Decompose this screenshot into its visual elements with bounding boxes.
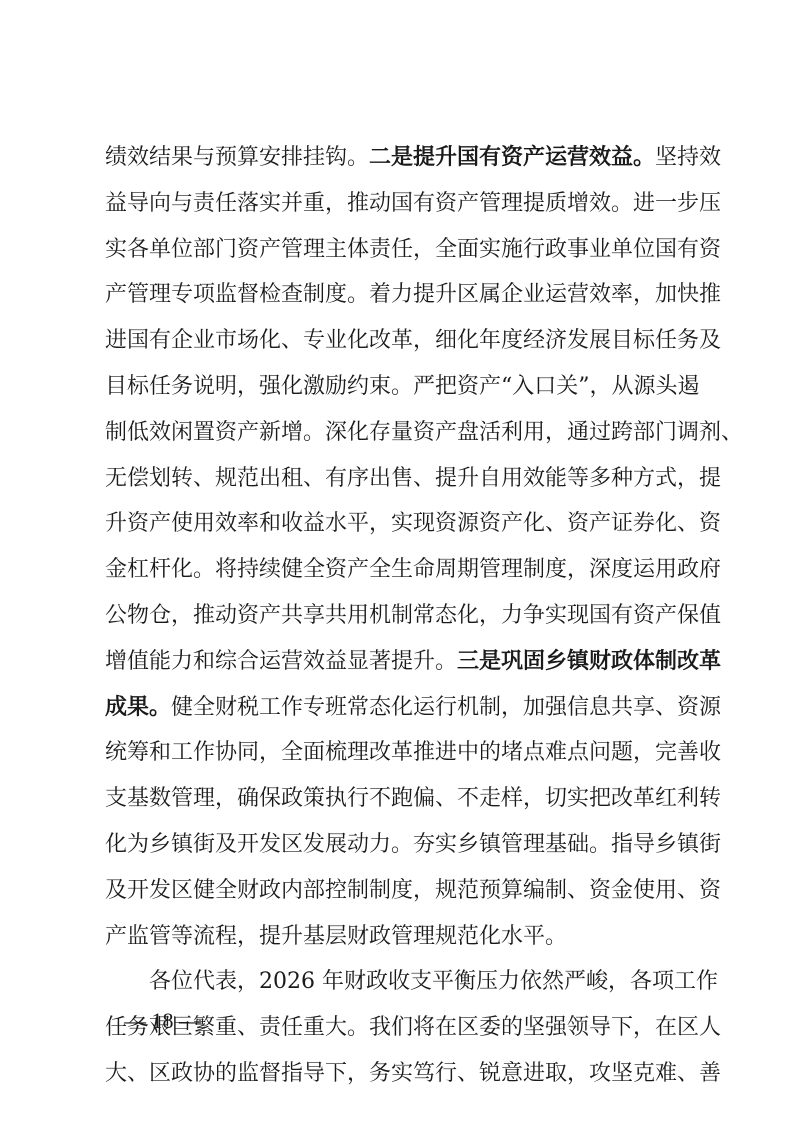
text-span: 公物仓，推动资产共享共用机制常态化，力争实现国有资产保值 xyxy=(105,603,721,628)
section-heading-3: 三是巩固乡镇财政体制改革 xyxy=(457,649,721,674)
text-span: 统筹和工作协同，全面梳理改革推进中的堵点难点问题，完善收 xyxy=(105,740,721,765)
text-span: 支基数管理，确保政策执行不跑偏、不走样，切实把改革红利转 xyxy=(105,786,721,811)
text-span: 实各单位部门资产管理主体责任，全面实施行政事业单位国有资 xyxy=(105,237,721,262)
text-span: 增值能力和综合运营效益显著提升。 xyxy=(105,649,457,674)
text-line: 产监管等流程，提升基层财政管理规范化水平。 xyxy=(105,914,695,960)
text-line: 统筹和工作协同，全面梳理改革推进中的堵点难点问题，完善收 xyxy=(105,730,695,776)
text-line: 实各单位部门资产管理主体责任，全面实施行政事业单位国有资 xyxy=(105,227,695,273)
text-span: 绩效结果与预算安排挂钩。 xyxy=(105,145,369,170)
text-span: 金杠杆化。将持续健全资产全生命周期管理制度，深度运用政府 xyxy=(105,557,721,582)
section-heading-2: 二是提升国有资产运营效益。 xyxy=(369,145,655,170)
text-line: 升资产使用效率和收益水平，实现资源资产化、资产证券化、资 xyxy=(105,501,695,547)
text-line: 金杠杆化。将持续健全资产全生命周期管理制度，深度运用政府 xyxy=(105,547,695,593)
text-line: 支基数管理，确保政策执行不跑偏、不走样，切实把改革红利转 xyxy=(105,776,695,822)
text-line: 化为乡镇街及开发区发展动力。夯实乡镇管理基础。指导乡镇街 xyxy=(105,822,695,868)
text-line: 大、区政协的监督指导下，务实笃行、锐意进取，攻坚克难、善 xyxy=(105,1051,695,1097)
text-span: 升资产使用效率和收益水平，实现资源资产化、资产证券化、资 xyxy=(105,511,721,536)
text-line: 产管理专项监督检查制度。着力提升区属企业运营效率，加快推 xyxy=(105,272,695,318)
text-span: 坚持效 xyxy=(655,145,721,170)
text-span: 制低效闲置资产新增。深化存量资产盘活利用，通过跨部门调剂、 xyxy=(105,420,743,445)
text-span: 产管理专项监督检查制度。着力提升区属企业运营效率，加快推 xyxy=(105,282,721,307)
text-span: 进国有企业市场化、专业化改革，细化年度经济发展目标任务及 xyxy=(105,328,721,353)
text-line: 无偿划转、规范出租、有序出售、提升自用效能等多种方式，提 xyxy=(105,456,695,502)
page-number: — 18 — xyxy=(124,1008,201,1034)
text-line: 益导向与责任落实并重，推动国有资产管理提质增效。进一步压 xyxy=(105,181,695,227)
text-span: 健全财税工作专班常态化运行机制，加强信息共享、资源 xyxy=(171,695,721,720)
text-line: 目标任务说明，强化激励约束。严把资产“入口关”，从源头遏 xyxy=(105,364,695,410)
paragraph-start-line: 各位代表，2026 年财政收支平衡压力依然严峻，各项工作 xyxy=(105,959,695,1005)
text-span: 无偿划转、规范出租、有序出售、提升自用效能等多种方式，提 xyxy=(105,466,721,491)
text-line: 增值能力和综合运营效益显著提升。三是巩固乡镇财政体制改革 xyxy=(105,639,695,685)
text-span: 化为乡镇街及开发区发展动力。夯实乡镇管理基础。指导乡镇街 xyxy=(105,832,721,857)
text-line: 公物仓，推动资产共享共用机制常态化，力争实现国有资产保值 xyxy=(105,593,695,639)
text-span: 及开发区健全财政内部控制制度，规范预算编制、资金使用、资 xyxy=(105,878,721,903)
text-line: 绩效结果与预算安排挂钩。二是提升国有资产运营效益。坚持效 xyxy=(105,135,695,181)
text-line: 制低效闲置资产新增。深化存量资产盘活利用，通过跨部门调剂、 xyxy=(105,410,695,456)
text-span: 目标任务说明，强化激励约束。严把资产“入口关”，从源头遏 xyxy=(105,374,700,399)
text-span: 益导向与责任落实并重，推动国有资产管理提质增效。进一步压 xyxy=(105,191,721,216)
text-span: 各位代表，2026 年财政收支平衡压力依然严峻，各项工作 xyxy=(149,969,718,994)
text-span: 大、区政协的监督指导下，务实笃行、锐意进取，攻坚克难、善 xyxy=(105,1061,721,1086)
document-body: 绩效结果与预算安排挂钩。二是提升国有资产运营效益。坚持效 益导向与责任落实并重，… xyxy=(105,135,695,1097)
text-line: 及开发区健全财政内部控制制度，规范预算编制、资金使用、资 xyxy=(105,868,695,914)
text-line: 成果。健全财税工作专班常态化运行机制，加强信息共享、资源 xyxy=(105,685,695,731)
text-line: 进国有企业市场化、专业化改革，细化年度经济发展目标任务及 xyxy=(105,318,695,364)
text-span: 产监管等流程，提升基层财政管理规范化水平。 xyxy=(105,924,567,949)
section-heading-3-cont: 成果。 xyxy=(105,695,171,720)
